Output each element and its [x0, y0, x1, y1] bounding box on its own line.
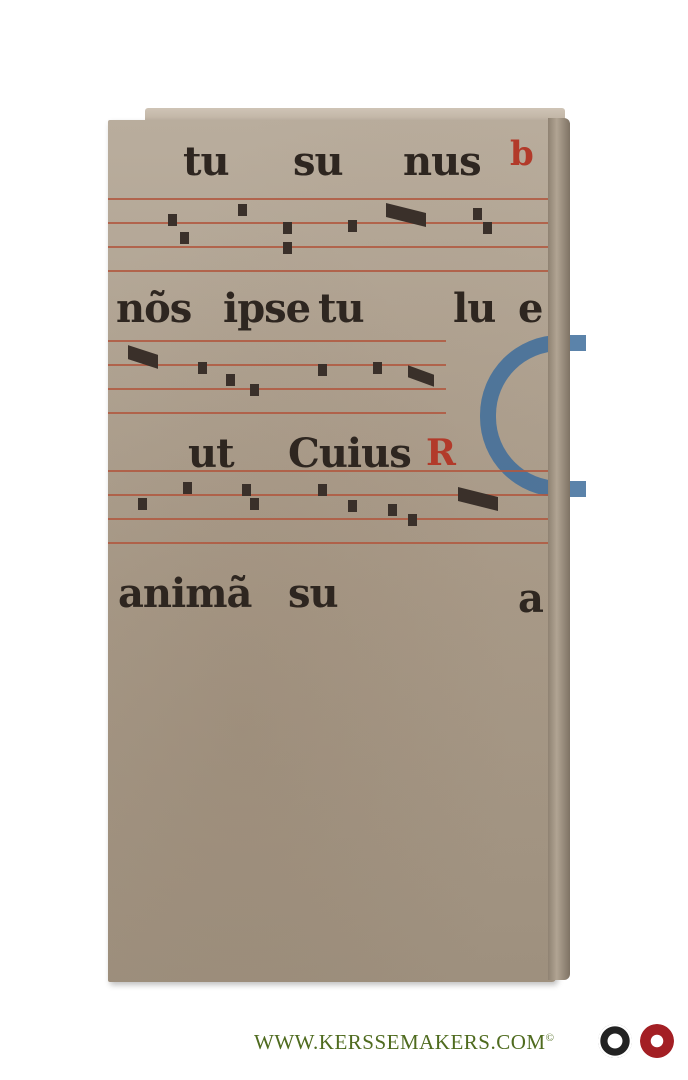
manuscript-word: su: [288, 570, 338, 617]
book-cover: tu su nus b nõs ipse tu lu e ut Cuius R: [108, 120, 556, 982]
manuscript-word: a: [518, 575, 543, 622]
manuscript-word: e: [518, 285, 542, 332]
copyright-symbol: ©: [546, 1032, 555, 1044]
manuscript-word: lu: [453, 285, 495, 332]
blue-initial-letter: [480, 335, 586, 497]
manuscript-word: su: [293, 138, 343, 185]
rubric-letter: b: [510, 134, 533, 174]
manuscript-word: ipse: [223, 285, 310, 332]
watermark-text: WWW.KERSSEMAKERS.COM: [254, 1030, 546, 1054]
manuscript-word: nõs: [116, 285, 191, 332]
manuscript-word: animã: [118, 570, 251, 617]
manuscript-word: nus: [403, 138, 481, 185]
association-seal-icon: [598, 1024, 632, 1058]
manuscript-word: tu: [318, 285, 364, 332]
book-spine-edge: [548, 118, 570, 980]
rubric-letter: R: [426, 432, 455, 474]
watermark-url: WWW.KERSSEMAKERS.COM©: [254, 1030, 554, 1055]
ilab-seal-icon: [640, 1024, 674, 1058]
manuscript-word: tu: [183, 138, 229, 185]
